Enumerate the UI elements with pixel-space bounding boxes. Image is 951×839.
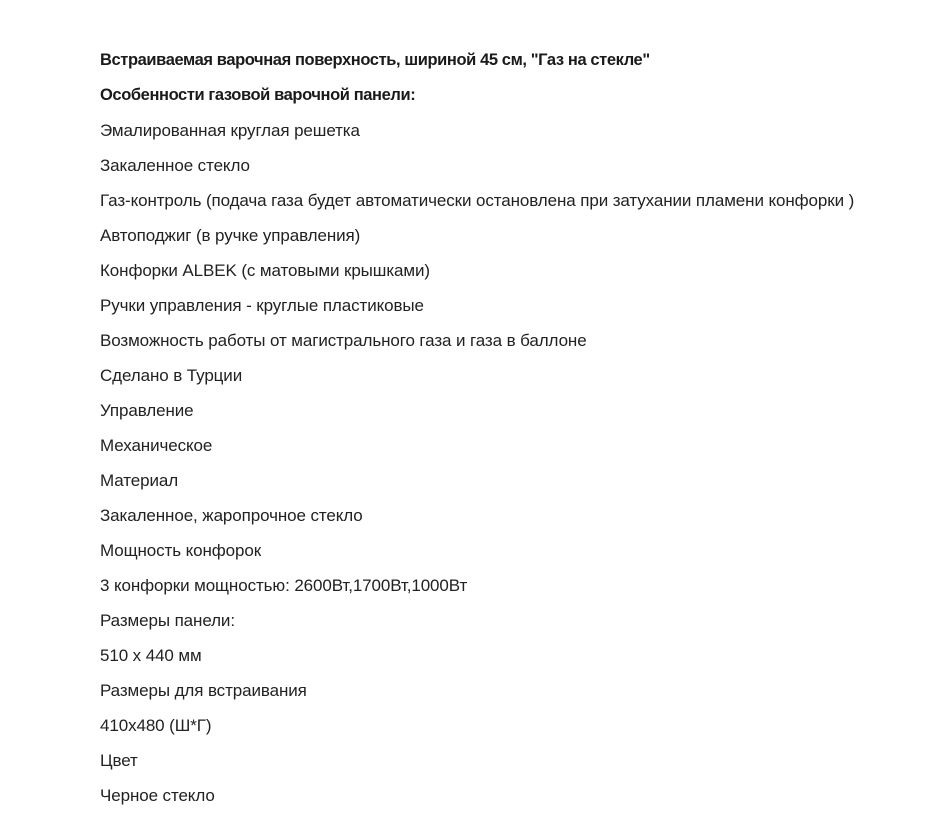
spec-value-panel-size: 510 х 440 мм [100,638,951,673]
feature-item: Конфорки ALBEK (с матовыми крышками) [100,253,951,288]
feature-item: Возможность работы от магистрального газ… [100,323,951,358]
spec-label-cutout-size: Размеры для встраивания [100,673,951,708]
spec-label-control: Управление [100,393,951,428]
specs-list: Управление Механическое Материал Закален… [100,393,951,813]
spec-label-panel-size: Размеры панели: [100,603,951,638]
spec-value-color: Черное стекло [100,778,951,813]
features-heading: Особенности газовой варочной панели: [100,78,951,113]
feature-item: Эмалированная круглая решетка [100,113,951,148]
spec-label-burner-power: Мощность конфорок [100,533,951,568]
spec-value-material: Закаленное, жаропрочное стекло [100,498,951,533]
spec-value-control: Механическое [100,428,951,463]
spec-label-material: Материал [100,463,951,498]
spec-value-burner-power: 3 конфорки мощностью: 2600Вт,1700Вт,1000… [100,568,951,603]
spec-value-cutout-size: 410х480 (Ш*Г) [100,708,951,743]
feature-item: Автоподжиг (в ручке управления) [100,218,951,253]
feature-item: Ручки управления - круглые пластиковые [100,288,951,323]
product-description: Встраиваемая варочная поверхность, ширин… [100,43,951,813]
product-title: Встраиваемая варочная поверхность, ширин… [100,43,951,78]
feature-item: Сделано в Турции [100,358,951,393]
feature-item: Закаленное стекло [100,148,951,183]
spec-label-color: Цвет [100,743,951,778]
feature-item: Газ-контроль (подача газа будет автомати… [100,183,951,218]
features-list: Эмалированная круглая решетка Закаленное… [100,113,951,393]
